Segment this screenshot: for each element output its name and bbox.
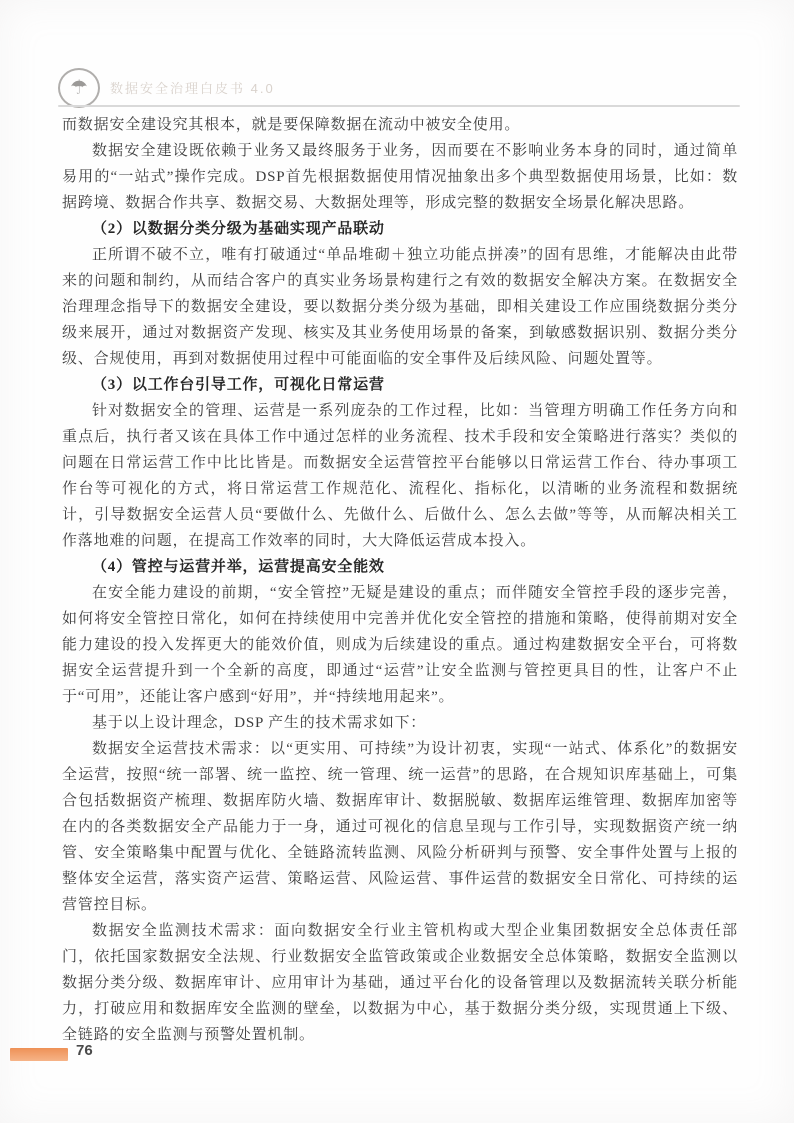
paragraph: 数据安全建设既依赖于业务又最终服务于业务，因而要在不影响业务本身的同时，通过简单… bbox=[62, 138, 738, 216]
header-divider bbox=[58, 105, 740, 107]
paragraph: 基于以上设计理念，DSP 产生的技术需求如下： bbox=[62, 710, 738, 736]
body-text: 而数据安全建设究其根本，就是要保障数据在流动中被安全使用。 数据安全建设既依赖于… bbox=[62, 112, 738, 1048]
paragraph: 在安全能力建设的前期，“安全管控”无疑是建设的重点；而伴随安全管控手段的逐步完善… bbox=[62, 580, 738, 710]
paragraph: 而数据安全建设究其根本，就是要保障数据在流动中被安全使用。 bbox=[62, 112, 738, 138]
umbrella-glyph: ☂ bbox=[70, 77, 88, 99]
running-head-title: 数据安全治理白皮书 4.0 bbox=[110, 78, 275, 97]
paragraph: 正所谓不破不立，唯有打破通过“单品堆砌＋独立功能点拼凑”的固有思维，才能解决由此… bbox=[62, 242, 738, 372]
document-page: ☂ 数据安全治理白皮书 4.0 而数据安全建设究其根本，就是要保障数据在流动中被… bbox=[0, 0, 794, 1123]
page-number: 76 bbox=[76, 1042, 93, 1059]
umbrella-stamp-icon: ☂ bbox=[58, 68, 100, 108]
section-heading-2: （2）以数据分类分级为基础实现产品联动 bbox=[62, 216, 738, 242]
section-heading-4: （4）管控与运营并举，运营提高安全能效 bbox=[62, 554, 738, 580]
paragraph: 数据安全运营技术需求：以“更实用、可持续”为设计初衷，实现“一站式、体系化”的数… bbox=[62, 736, 738, 918]
paragraph: 针对数据安全的管理、运营是一系列庞杂的工作过程，比如：当管理方明确工作任务方向和… bbox=[62, 398, 738, 554]
footer-accent-bar bbox=[10, 1048, 68, 1061]
section-heading-3: （3）以工作台引导工作，可视化日常运营 bbox=[62, 372, 738, 398]
paragraph: 数据安全监测技术需求：面向数据安全行业主管机构或大型企业集团数据安全总体责任部门… bbox=[62, 918, 738, 1048]
